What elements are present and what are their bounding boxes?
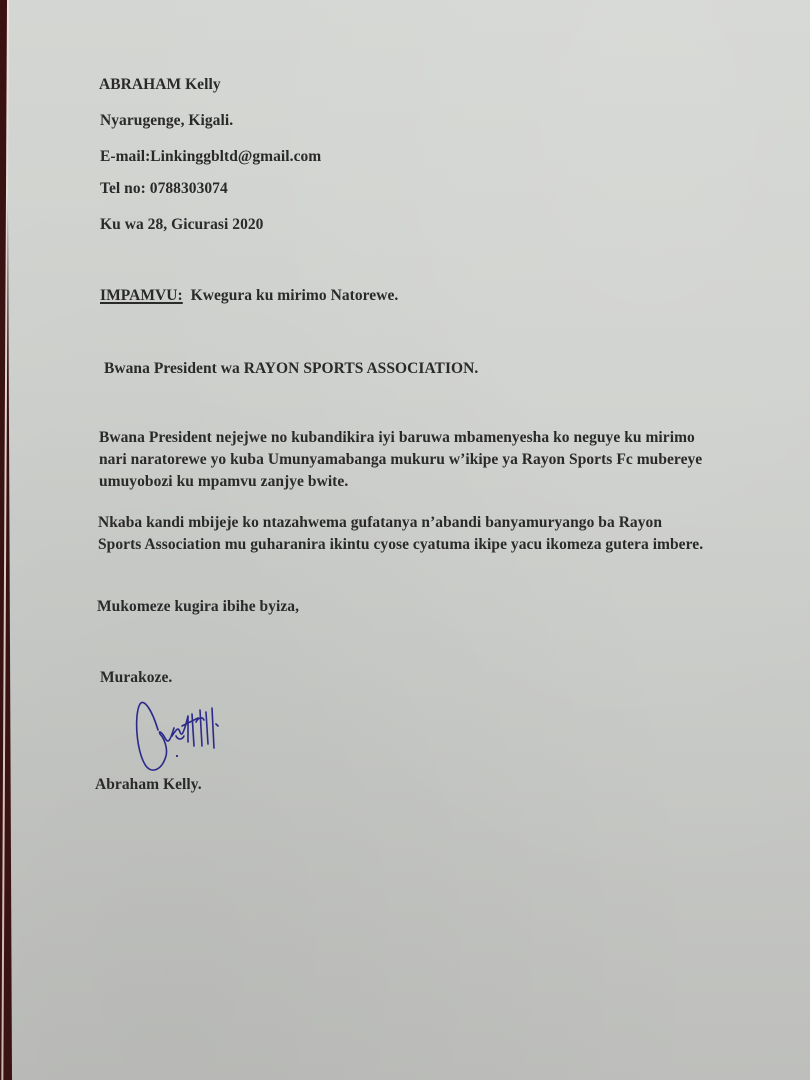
sender-name: ABRAHAM Kelly (99, 76, 221, 94)
signature-icon (132, 690, 232, 775)
paragraph2-line: Nkaba kandi mbijeje ko ntazahwema gufata… (98, 514, 662, 532)
sender-address: Nyarugenge, Kigali. (100, 112, 233, 130)
signatory-name: Abraham Kelly. (95, 776, 202, 794)
sender-phone: Tel no: 0788303074 (100, 180, 228, 198)
photo-scene: ABRAHAM Kelly Nyarugenge, Kigali. E-mail… (0, 0, 810, 1080)
paragraph1-line: umuyobozi ku mpamvu zanjye bwite. (99, 473, 348, 491)
paper-edge (1, 0, 9, 1080)
recipient-line: Bwana President wa RAYON SPORTS ASSOCIAT… (104, 360, 478, 378)
paragraph2-line: Sports Association mu guharanira ikintu … (98, 536, 703, 554)
thanks-line: Murakoze. (100, 669, 172, 687)
sender-email: E-mail:Linkinggbltd@gmail.com (100, 148, 321, 166)
subject-label: IMPAMVU: (100, 287, 183, 304)
closing-line: Mukomeze kugira ibihe byiza, (97, 598, 299, 616)
paragraph1-line: nari naratorewe yo kuba Umunyamabanga mu… (99, 451, 702, 469)
letter-date: Ku wa 28, Gicurasi 2020 (100, 216, 263, 234)
subject-line: IMPAMVU: Kwegura ku mirimo Natorewe. (100, 287, 398, 305)
paragraph1-line: Bwana President nejejwe no kubandikira i… (99, 429, 695, 447)
subject-text: Kwegura ku mirimo Natorewe. (191, 287, 399, 304)
